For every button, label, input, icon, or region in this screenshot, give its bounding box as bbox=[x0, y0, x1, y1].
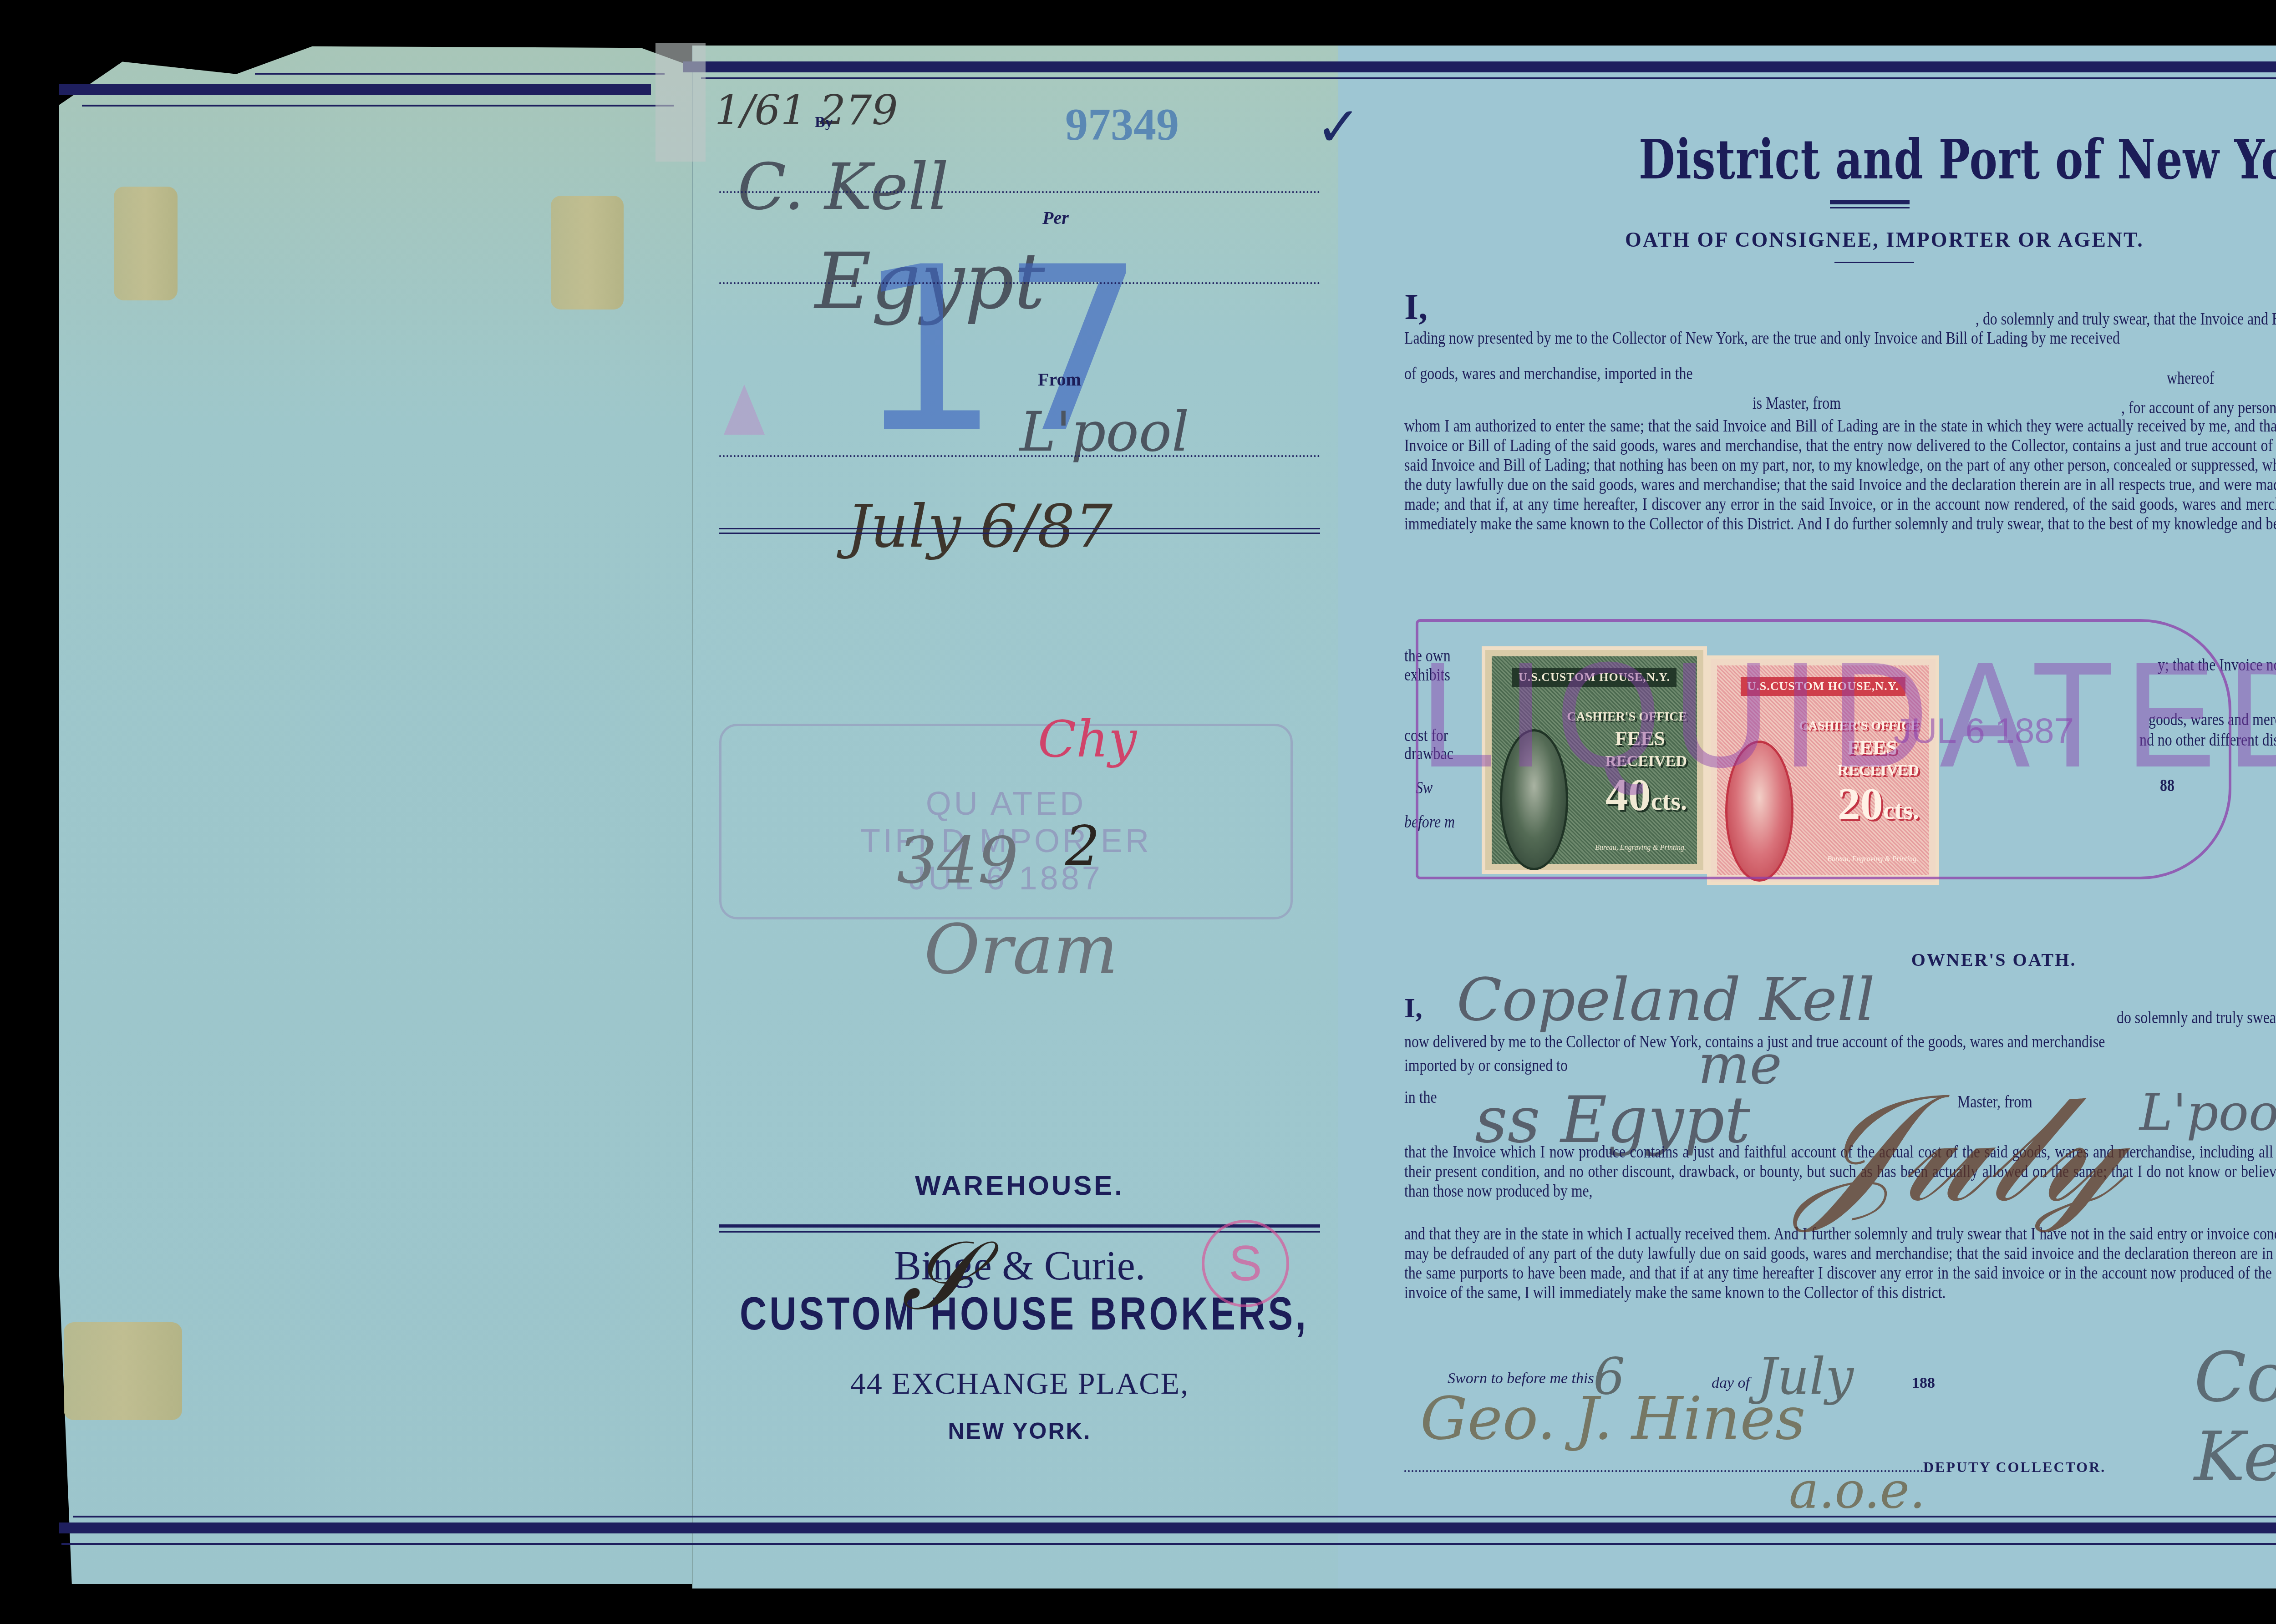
pencil-note-number: 349 bbox=[897, 824, 1018, 898]
title-rule bbox=[1830, 200, 1910, 204]
dotted-line bbox=[719, 455, 1320, 457]
owners-oath-line: do solemnly and truly swear, that the en… bbox=[2117, 1008, 2276, 1028]
top-border-rule bbox=[255, 73, 665, 75]
owners-oath-opening-i: I, bbox=[1404, 992, 1422, 1025]
subtitle-rule bbox=[1834, 262, 1914, 263]
top-border-bar bbox=[59, 84, 651, 95]
deputy-collector-label: DEPUTY COLLECTOR. bbox=[1923, 1459, 2106, 1476]
ink-flourish: 2 bbox=[1065, 815, 1100, 878]
ink-scrawl: 𝒥𝓊𝓁𝓎 bbox=[1798, 1061, 2124, 1238]
document-subtitle: OATH OF CONSIGNEE, IMPORTER OR AGENT. bbox=[1625, 228, 2144, 252]
from-value-handwritten: L'pool bbox=[1020, 401, 1189, 464]
oath-body: whom I am authorized to enter the same; … bbox=[1404, 416, 2276, 534]
pink-circle-stamp: S bbox=[1202, 1220, 1289, 1307]
oath-line: whereof bbox=[2167, 369, 2214, 388]
tape-residue bbox=[64, 1322, 182, 1420]
double-rule bbox=[719, 533, 1320, 534]
date-handwritten: July 6/87 bbox=[847, 492, 1113, 561]
oath-line: of goods, wares and merchandise, importe… bbox=[1404, 364, 1693, 384]
broker-city: NEW YORK. bbox=[701, 1418, 1338, 1444]
year-prefix-label: 188 bbox=[1912, 1375, 1935, 1392]
tape-residue bbox=[114, 187, 178, 300]
oath-line: , do solemnly and truly swear, that the … bbox=[1976, 310, 2276, 329]
warehouse-label: WAREHOUSE. bbox=[701, 1170, 1338, 1201]
by-label: By bbox=[815, 114, 833, 131]
bottom-border-rule bbox=[61, 1543, 2276, 1545]
checkmark-icon: ✓ bbox=[1316, 96, 1362, 159]
owners-oath-line: in the bbox=[1404, 1088, 1437, 1107]
scan-edge bbox=[0, 0, 2276, 43]
broker-ink-flourish: 𝒮 bbox=[901, 1220, 975, 1333]
deputy-signature-handwritten: Geo. J. Hines bbox=[1420, 1384, 1805, 1453]
cancellation-stamp-date: JUL 6 1887 bbox=[1894, 710, 2074, 751]
dotted-line bbox=[719, 191, 1320, 193]
top-border-rule bbox=[701, 77, 2276, 79]
title-rule bbox=[1830, 207, 1910, 208]
triangle-mark-icon bbox=[724, 385, 765, 435]
oath-line: is Master, from bbox=[1753, 394, 1841, 413]
bottom-border-bar bbox=[59, 1522, 2276, 1533]
oath-line: Lading now presented by me to the Collec… bbox=[1404, 329, 2120, 348]
owner-signature-handwritten: Copeland Kell bbox=[2194, 1338, 2276, 1497]
scan-edge bbox=[0, 1588, 2276, 1624]
broker-address: 44 EXCHANGE PLACE, bbox=[701, 1365, 1338, 1401]
oath-line: , for account of any person whomsoever, … bbox=[2121, 398, 2276, 418]
double-rule bbox=[719, 528, 1320, 529]
faded-stamp-line: QU ATED bbox=[721, 785, 1290, 822]
document-title: District and Port of New York. bbox=[1639, 127, 2276, 191]
from-label: From bbox=[1038, 369, 1081, 390]
bottom-border-rule bbox=[73, 1516, 2276, 1517]
fold-repair-tape bbox=[655, 43, 706, 162]
dotted-line bbox=[719, 282, 1320, 284]
tape-residue bbox=[551, 196, 624, 310]
owners-oath-line: imported by or consigned to bbox=[1404, 1056, 1568, 1076]
entry-number-stamp: 97349 bbox=[1065, 98, 1179, 150]
top-border-bar bbox=[683, 61, 2276, 72]
handwritten-top-number: 1/61 279 bbox=[715, 86, 898, 134]
owner-name-handwritten: Copeland Kell bbox=[1457, 965, 1875, 1034]
deputy-initials-handwritten: a.o.e. bbox=[1789, 1461, 1925, 1519]
top-border-rule bbox=[82, 105, 674, 107]
cancellation-stamp-text: LIQUIDATED bbox=[1420, 628, 2276, 801]
red-ink-note: Chy bbox=[1038, 710, 1137, 768]
pencil-note-word: Oram bbox=[924, 910, 1118, 990]
port-handwritten: L'pool bbox=[2139, 1083, 2276, 1142]
by-value-handwritten: C. Kell bbox=[737, 150, 949, 224]
oath-opening-i: I, bbox=[1404, 287, 1428, 328]
